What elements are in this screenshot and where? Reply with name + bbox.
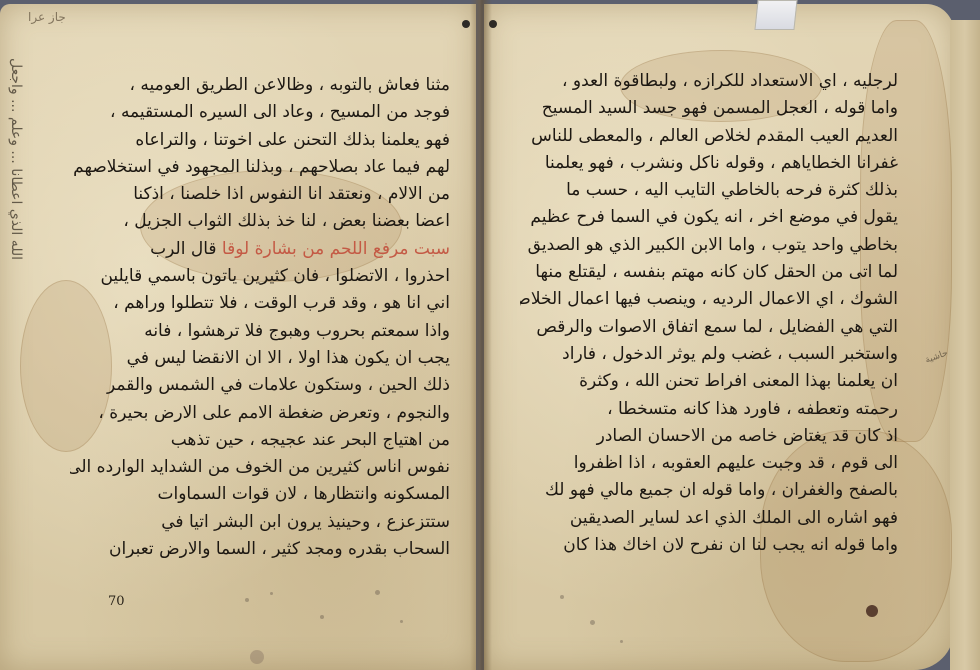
top-left-note: جاز عرا [28, 10, 66, 24]
text-line: رحمته وتعطفه ، فاورد هذا كانه متسخطا ، [520, 396, 898, 423]
text-line: اذ كان قد يغتاض خاصه من الاحسان الصادر [520, 423, 898, 450]
text-line: لرجليه ، اي الاستعداد للكرازه ، ولبطاقوة… [520, 68, 898, 95]
text-line: ستتزعزع ، وحينيذ يرون ابن البشر اتيا في [70, 509, 450, 536]
text-line: مثنا فعاش بالتوبه ، وظالاعن الطريق العوم… [70, 72, 450, 99]
text-line: فهو اشاره الى الملك الذي اعد لساير الصدي… [520, 505, 898, 532]
foxing-spot [250, 650, 264, 664]
text-line: واذا سمعتم بحروب وهبوج فلا ترهشوا ، فانه [70, 318, 450, 345]
foxing-spot [400, 620, 403, 623]
text-line: والنجوم ، وتعرض ضغطة الامم على الارض بحي… [70, 400, 450, 427]
text-line: المسكونه وانتظارها ، لان قوات السماوات [70, 481, 450, 508]
foxing-spot [270, 592, 273, 595]
text-line: ان يعلمنا بهذا المعنى افراط تحنن الله ، … [520, 368, 898, 395]
text-line: الى قوم ، قد وجبت عليهم العقوبه ، اذا اظ… [520, 450, 898, 477]
text-line: لهم فيما عاد بصلاحهم ، وبذلنا المجهود في… [70, 154, 450, 181]
text-line: من الالام ، ونعتقد انا النفوس اذا خلصنا … [70, 181, 450, 208]
left-page-text: مثنا فعاش بالتوبه ، وظالاعن الطريق العوم… [70, 72, 450, 563]
foxing-spot [320, 615, 324, 619]
foxing-spot [245, 598, 249, 602]
paper-tab-marker [754, 0, 797, 30]
text-line: الشوك ، اي الاعمال الرديه ، وينصب فيها ا… [520, 286, 898, 313]
text-line: التي هي الفضايل ، لما سمع اتفاق الاصوات … [520, 314, 898, 341]
rubric-line: سبت مرفع اللحم من بشارة لوقا قال الرب [70, 236, 450, 263]
text-line: يقول في موضع اخر ، انه يكون في السما فرح… [520, 204, 898, 231]
text-line: واستخبر السبب ، غضب ولم يوثر الدخول ، فا… [520, 341, 898, 368]
right-page-text: لرجليه ، اي الاستعداد للكرازه ، ولبطاقوة… [520, 68, 898, 559]
text-line: غفرانا الخطاياهم ، وقوله ناكل ونشرب ، فه… [520, 150, 898, 177]
text-line: بالصفح والغفران ، واما قوله ان جميع مالي… [520, 477, 898, 504]
ink-blot-icon [866, 605, 878, 617]
left-margin-note: الله الذي اعطانا ... وعلم ... واجعل [8, 58, 24, 260]
text-line: بخاطي واحد يتوب ، واما الابن الكبير الذي… [520, 232, 898, 259]
binding-gutter [470, 0, 492, 670]
text-line: يجب ان يكون هذا اولا ، الا ان الانقضا لي… [70, 345, 450, 372]
worm-hole-icon [489, 20, 497, 28]
text-span: قال الرب [150, 239, 216, 259]
worm-hole-icon [462, 20, 470, 28]
text-line: من اهتياج البحر عند عجيجه ، حين تذهب [70, 427, 450, 454]
folio-number: 70 [108, 594, 125, 609]
page-edges [950, 20, 980, 670]
text-line: العديم العيب المقدم لخلاص العالم ، والمع… [520, 123, 898, 150]
rubric-heading: سبت مرفع اللحم من بشارة لوقا [222, 239, 450, 259]
text-line: لما اتى من الحقل كان كانه مهتم بنفسه ، ل… [520, 259, 898, 286]
text-line: فوجد من المسيح ، وعاد الى السيره المستقي… [70, 99, 450, 126]
text-line: نفوس اناس كثيرين من الخوف من الشدايد الو… [70, 454, 450, 481]
text-line: اعضا بعضنا بعض ، لنا خذ بذلك الثواب الجز… [70, 208, 450, 235]
text-line: بذلك كثرة فرحه بالخاطي التايب اليه ، حسب… [520, 177, 898, 204]
text-line: ذلك الحين ، وستكون علامات في الشمس والقم… [70, 372, 450, 399]
foxing-spot [375, 590, 380, 595]
text-line: واما قوله انه يجب لنا ان نفرح لان اخاك ه… [520, 532, 898, 559]
text-line: واما قوله ، العجل المسمن فهو جسد السيد ا… [520, 95, 898, 122]
text-line: فهو يعلمنا بذلك التحنن على اخوتنا ، والت… [70, 127, 450, 154]
text-line: احذروا ، الاتضلوا ، فان كثيرين ياتون باس… [70, 263, 450, 290]
text-line: السحاب بقدره ومجد كثير ، السما والارض تع… [70, 536, 450, 563]
foxing-spot [560, 595, 564, 599]
foxing-spot [590, 620, 595, 625]
foxing-spot [620, 640, 623, 643]
open-manuscript: جاز عرا الله الذي اعطانا ... وعلم ... وا… [0, 0, 980, 670]
text-line: اني انا هو ، وقد قرب الوقت ، فلا تتطلوا … [70, 290, 450, 317]
